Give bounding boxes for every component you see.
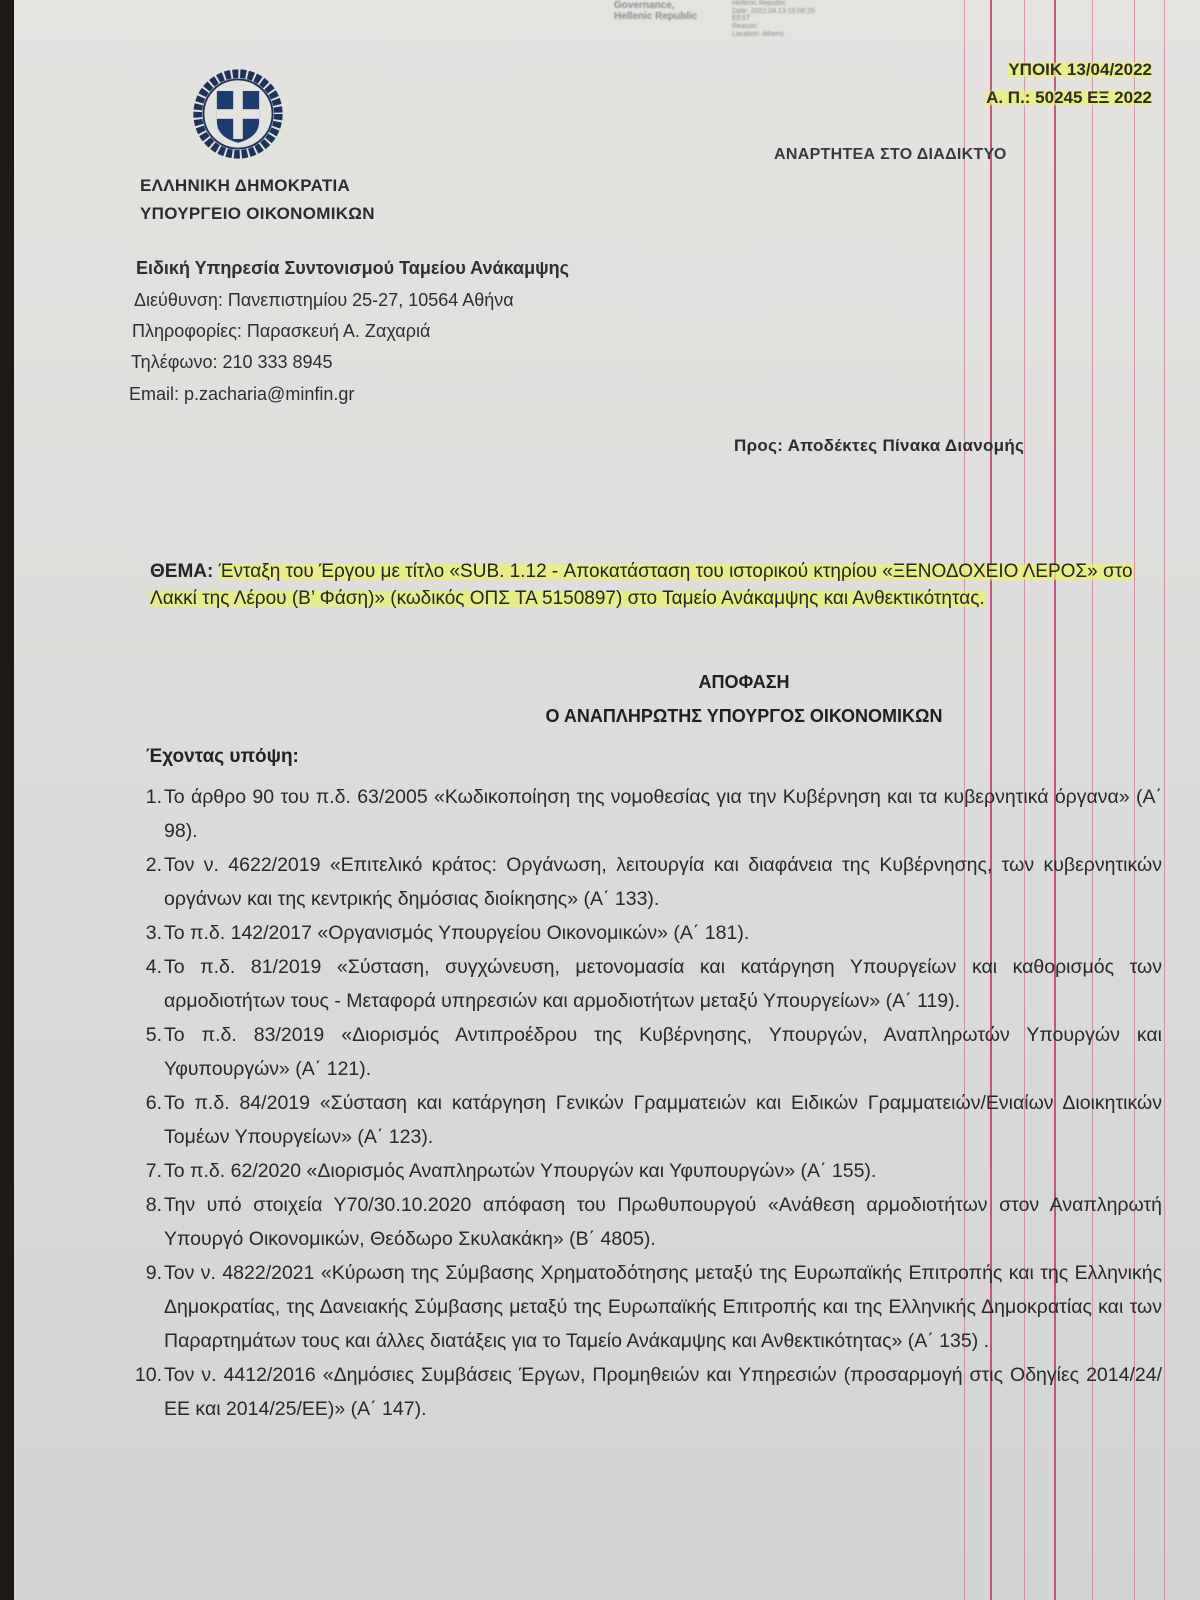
subject: ΘΕΜΑ: Ένταξη του Έργου με τίτλο «SUB. 1.… bbox=[150, 558, 1150, 612]
email: Email: p.zacharia@minfin.gr bbox=[129, 384, 354, 405]
subject-label: ΘΕΜΑ: bbox=[150, 561, 213, 582]
document-page: Governance, Hellenic Republic Hellenic R… bbox=[14, 0, 1200, 1600]
list-item: 9.Τον ν. 4822/2021 «Κύρωση της Σύμβασης … bbox=[122, 1256, 1162, 1358]
protocol-date: ΥΠΟΙΚ 13/04/2022 bbox=[1008, 60, 1152, 80]
list-item: 7.Το π.δ. 62/2020 «Διορισμός Αναπληρωτών… bbox=[122, 1154, 1162, 1188]
stamp-line: Hellenic Republic bbox=[614, 11, 724, 22]
publish-notice: ΑΝΑΡΤΗΤΕΑ ΣΤΟ ΔΙΑΔΙΚΤΥΟ bbox=[774, 146, 1007, 164]
list-item: 2.Τον ν. 4622/2019 «Επιτελικό κράτος: Ορ… bbox=[122, 848, 1162, 916]
greek-coat-of-arms-icon bbox=[190, 66, 286, 162]
stamp-line: Reason: bbox=[732, 23, 852, 31]
list-item: 3.Το π.δ. 142/2017 «Οργανισμός Υπουργείο… bbox=[122, 916, 1162, 950]
subject-text: Ένταξη του Έργου με τίτλο «SUB. 1.12 - Α… bbox=[150, 561, 1133, 609]
stamp-line: Governance, bbox=[614, 0, 724, 11]
list-item: 8.Την υπό στοιχεία Υ70/30.10.2020 απόφασ… bbox=[122, 1188, 1162, 1256]
list-item: 5.Το π.δ. 83/2019 «Διορισμός Αντιπροέδρο… bbox=[122, 1018, 1162, 1086]
list-item: 4.Το π.δ. 81/2019 «Σύσταση, συγχώνευση, … bbox=[122, 950, 1162, 1018]
issuer-ministry: ΥΠΟΥΡΓΕΙΟ ΟΙΚΟΝΟΜΙΚΩΝ bbox=[140, 204, 375, 224]
stamp-line: EEST bbox=[732, 15, 852, 23]
protocol-number: Α. Π.: 50245 ΕΞ 2022 bbox=[986, 88, 1152, 108]
stamp-line: Location: Athens bbox=[732, 31, 852, 39]
list-item: 10.Τον ν. 4412/2016 «Δημόσιες Συμβάσεις … bbox=[122, 1358, 1162, 1426]
margin-line bbox=[1164, 0, 1165, 1600]
contact-person: Πληροφορίες: Παρασκευή Α. Ζαχαριά bbox=[132, 321, 430, 342]
decision-title: ΑΠΟΦΑΣΗ bbox=[14, 672, 1194, 693]
list-item: 1.Το άρθρο 90 του π.δ. 63/2005 «Κωδικοπο… bbox=[122, 780, 1162, 848]
stamp-line: Hellenic Republic bbox=[732, 0, 852, 8]
considerations-list: 1.Το άρθρο 90 του π.δ. 63/2005 «Κωδικοπο… bbox=[122, 780, 1162, 1426]
list-item: 6.Το π.δ. 84/2019 «Σύσταση και κατάργηση… bbox=[122, 1086, 1162, 1154]
stamp-line: Date: 2022.04.13 15:08:26 bbox=[732, 8, 852, 16]
recipient: Προς: Αποδέκτες Πίνακα Διανομής bbox=[734, 436, 1024, 456]
issuer-country: ΕΛΛΗΝΙΚΗ ΔΗΜΟΚΡΑΤΙΑ bbox=[140, 176, 350, 196]
phone: Τηλέφωνο: 210 333 8945 bbox=[131, 352, 333, 373]
address: Διεύθυνση: Πανεπιστημίου 25-27, 10564 Αθ… bbox=[134, 290, 514, 311]
service-name: Ειδική Υπηρεσία Συντονισμού Ταμείου Ανάκ… bbox=[136, 258, 569, 279]
considering-label: Έχοντας υπόψη: bbox=[146, 746, 299, 768]
decision-authority: Ο ΑΝΑΠΛΗΡΩΤΗΣ ΥΠΟΥΡΓΟΣ ΟΙΚΟΝΟΜΙΚΩΝ bbox=[14, 706, 1194, 727]
